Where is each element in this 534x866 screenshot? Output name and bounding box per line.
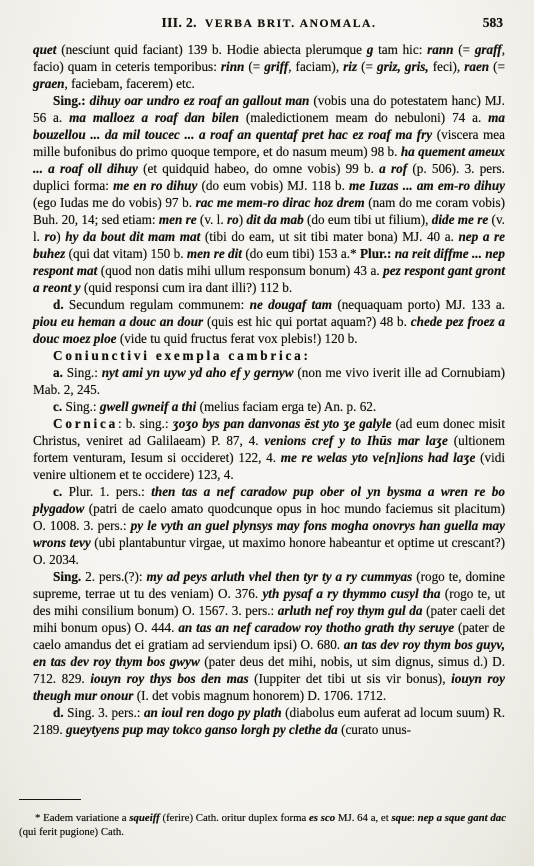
text-run: (nesciunt quid faciant) 139 b. Hodie abi… — [56, 42, 366, 57]
text-run: feci), — [429, 59, 465, 74]
celtic-phrase: yth pysaf a ry thymmo cusyl tha — [262, 586, 440, 601]
celtic-phrase: me re welas yto ve[n]ions had laʒe — [281, 450, 476, 465]
text-run: (do eum tibi ut filium), — [304, 212, 432, 227]
celtic-phrase: dihuy oar undro ez roaf an gallout man — [86, 93, 310, 108]
celtic-phrase: nep a sque gant dac — [418, 812, 506, 824]
text-run: : b. sing.: — [118, 416, 173, 431]
celtic-phrase: griz, gris, — [377, 59, 429, 74]
celtic-phrase: ne dougaf tam — [250, 297, 332, 312]
text-run: , faciam), — [288, 59, 343, 74]
text-run: Sing. — [53, 569, 81, 584]
page-body: quet (nesciunt quid faciant) 139 b. Hodi… — [33, 41, 505, 738]
celtic-phrase: quet — [33, 42, 56, 57]
text-run: Secundum regulam communem: — [64, 297, 250, 312]
text-run: a. — [53, 365, 63, 380]
celtic-phrase: squeiff — [129, 812, 159, 824]
text-run: * Eadem variatione a — [35, 812, 129, 824]
celtic-phrase: raen — [464, 59, 489, 74]
text-run: Sing. 3. pers.: — [64, 705, 144, 720]
text-run: Sing.: — [62, 399, 100, 414]
text-run: (maledictionem meam do nebuloni) 74 a. — [239, 110, 488, 125]
celtic-phrase: piou eu heman a douc an dour — [33, 314, 203, 329]
text-run: Plur. 1. pers.: — [62, 484, 151, 499]
text-run: c. — [53, 399, 62, 414]
celtic-phrase: ro — [45, 229, 57, 244]
footnote-separator — [19, 799, 81, 800]
text-run: (ubi plantabuntur virgae, ut maximo hono… — [33, 535, 505, 567]
celtic-phrase: rac me mem-ro dirac hoz drem — [196, 195, 365, 210]
text-run: 2. pers.(?): — [81, 569, 146, 584]
paragraph: a. Sing.: nyt ami yn uyw yd aho ef y ger… — [33, 364, 505, 398]
running-title-text: VERBA BRIT. ANOMALA. — [205, 17, 377, 30]
section-number: III. 2. — [161, 15, 196, 30]
celtic-phrase: hy da bout dit mam mat — [65, 229, 200, 244]
celtic-phrase: griff — [264, 59, 288, 74]
paragraph: Cornica: b. sing.: ʒoʒo bys pan danvonas… — [33, 415, 505, 483]
celtic-phrase: arluth nef roy thym gul da — [278, 603, 423, 618]
text-run: (= — [357, 59, 377, 74]
paragraph: Coniunctivi exempla cambrica: — [33, 347, 505, 364]
text-run: (quis est hic qui portat aquam?) 48 b. — [203, 314, 411, 329]
text-run: (ego Iudas me do vobis) 97 b. — [33, 195, 196, 210]
paragraph: c. Plur. 1. pers.: then tas a nef carado… — [33, 483, 505, 568]
celtic-phrase: gueytyens pup may tokco ganso lorgh py c… — [66, 722, 338, 737]
text-run: Sing.: — [63, 365, 102, 380]
celtic-phrase: gwell gwneif a thi — [100, 399, 196, 414]
celtic-phrase: iouyn roy thys bos den mas — [90, 671, 248, 686]
page-number: 583 — [483, 15, 503, 31]
paragraph: Sing.: dihuy oar undro ez roaf an gallou… — [33, 92, 505, 296]
celtic-phrase: an ioul ren dogo py plath — [144, 705, 282, 720]
celtic-phrase: nyt ami yn uyw yd aho ef y gernyw — [102, 365, 294, 380]
celtic-phrase: rinn — [221, 59, 244, 74]
text-run: ) — [56, 229, 65, 244]
text-run: (= — [244, 59, 264, 74]
text-run: Coniunctivi exempla cambrica: — [53, 348, 311, 363]
text-run: d. — [53, 297, 64, 312]
text-run: tam hic: — [373, 42, 427, 57]
celtic-phrase: graen — [33, 76, 65, 91]
page-header: III. 2.VERBA BRIT. ANOMALA. 583 — [33, 15, 505, 33]
text-run: (vide tu quid fructus ferat vox plebis!)… — [117, 331, 358, 346]
celtic-phrase: dide me re — [432, 212, 488, 227]
text-run: (I. det vobis magnum honorem) D. 1706. 1… — [133, 688, 386, 703]
text-run: (qui ferit pugione) Cath. — [19, 826, 124, 838]
footnote: * Eadem variatione a squeiff (ferire) Ca… — [19, 812, 506, 839]
text-run: MJ. 64 a, et — [335, 812, 391, 824]
paragraph: c. Sing.: gwell gwneif a thi (melius fac… — [33, 398, 505, 415]
text-run: (nequaquam porto) MJ. 133 a. — [332, 297, 505, 312]
celtic-phrase: venions cref y to Ihūs mar laʒe — [264, 433, 447, 448]
paragraph: Sing. 2. pers.(?): my ad peys arluth vhe… — [33, 568, 505, 704]
celtic-phrase: an tas an nef caradow roy thotho grath t… — [178, 620, 454, 635]
celtic-phrase: ro — [227, 212, 239, 227]
celtic-phrase: es sco — [309, 812, 335, 824]
celtic-phrase: a rof — [379, 161, 407, 176]
celtic-phrase: ʒoʒo bys pan danvonas ēst yto ʒe galyle — [173, 416, 392, 431]
running-title: III. 2.VERBA BRIT. ANOMALA. — [33, 15, 505, 31]
celtic-phrase: sque — [391, 812, 411, 824]
celtic-phrase: ma malloez a roaf dan bilen — [69, 110, 239, 125]
text-run: (do eum tibi) 153 a.* — [242, 246, 360, 261]
text-run: d. — [53, 705, 64, 720]
paragraph: d. Secundum regulam communem: ne dougaf … — [33, 296, 505, 347]
text-run: , faciebam, facerem) etc. — [65, 76, 195, 91]
celtic-phrase: graff — [475, 42, 502, 57]
celtic-phrase: me en ro dihuy — [113, 178, 197, 193]
paragraph: d. Sing. 3. pers.: an ioul ren dogo py p… — [33, 704, 505, 738]
text-run: (curato unus- — [338, 722, 411, 737]
text-run: (tibi do eam, ut sit tibi mater bona) MJ… — [200, 229, 458, 244]
text-run: (ferire) Cath. oritur duplex forma — [160, 812, 309, 824]
text-run: (= — [489, 59, 505, 74]
text-run: (melius faciam erga te) An. p. 62. — [196, 399, 376, 414]
book-page: III. 2.VERBA BRIT. ANOMALA. 583 quet (ne… — [0, 0, 534, 866]
paragraph: quet (nesciunt quid faciant) 139 b. Hodi… — [33, 41, 505, 92]
celtic-phrase: my ad peys arluth vhel then tyr ty a ry … — [147, 569, 413, 584]
text-run: (= — [454, 42, 475, 57]
text-run: (v. l. — [197, 212, 227, 227]
celtic-phrase: men re dit — [187, 246, 242, 261]
text-run: (do eum vobis) MJ. 118 b. — [197, 178, 349, 193]
celtic-phrase: riz — [343, 59, 357, 74]
celtic-phrase: dit da mab — [246, 212, 303, 227]
text-run: (Iuppiter det tibi ut sis vir bonus), — [249, 671, 451, 686]
footnote-text: * Eadem variatione a squeiff (ferire) Ca… — [19, 812, 506, 839]
text-run: c. — [53, 484, 62, 499]
celtic-phrase: rann — [427, 42, 453, 57]
text-run: Cornica — [53, 416, 118, 431]
text-run: Plur.: — [360, 246, 391, 261]
text-run: (quod non datis mihi ullum responsum bon… — [97, 263, 383, 278]
celtic-phrase: me Iuzas ... am em-ro dihuy — [349, 178, 505, 193]
celtic-phrase: men re — [159, 212, 197, 227]
text-run: Sing.: — [53, 93, 86, 108]
text-run: (quid responsi cum ira dant illi?) 112 b… — [81, 280, 293, 295]
text-run: (qui dat vitam) 150 b. — [65, 246, 187, 261]
text-run: (et quidquid habeo, do omne vobis) 99 b. — [138, 161, 379, 176]
